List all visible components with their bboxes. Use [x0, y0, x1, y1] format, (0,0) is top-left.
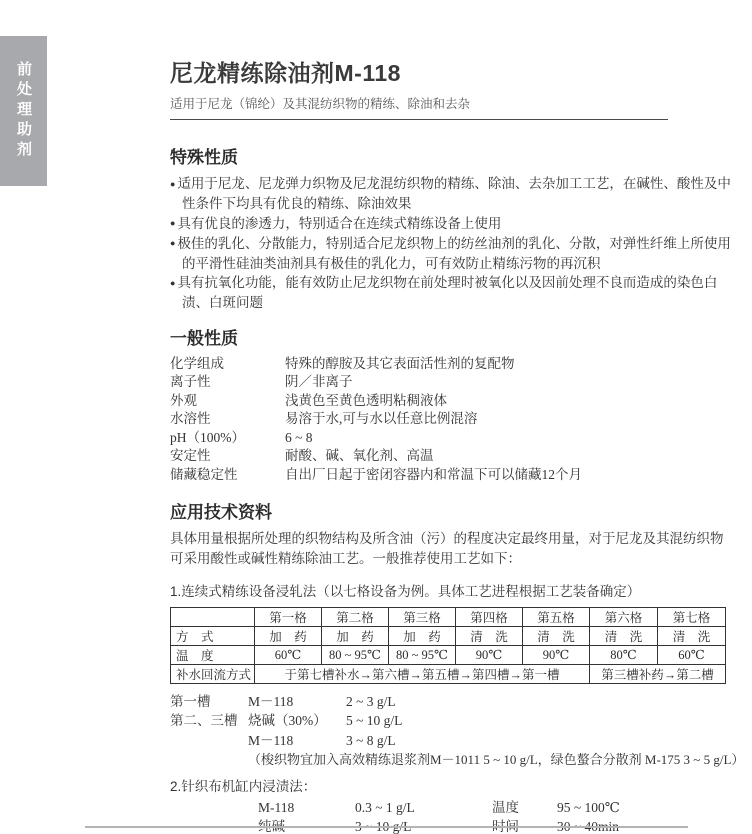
table-header-cell: 第一格: [255, 607, 322, 626]
table-header-cell: 第六格: [590, 607, 658, 626]
dosage-tank: 第一槽: [170, 692, 248, 712]
property-value: 浅黄色至黄色透明粘稠液体: [285, 392, 732, 411]
bullet-item: ●极佳的乳化、分散能力，特别适合尼龙织物上的纺丝油剂的乳化、分散，对弹性纤维上所…: [170, 234, 732, 274]
dosage-chemical: M－118: [248, 731, 346, 751]
bullet-text: 具有抗氧化功能，能有效防止尼龙织物在前处理时被氧化以及因前处理不良而造成的染色白…: [177, 275, 717, 310]
property-row: 离子性阴／非离子: [170, 373, 732, 392]
table-cell: 清 洗: [456, 626, 523, 645]
method1-title: 1.连续式精练设备浸轧法（以七格设备为例。具体工艺进程根据工艺装备确定）: [170, 583, 732, 600]
method2-value: 95 ~ 100℃: [557, 798, 732, 818]
property-label: 离子性: [170, 373, 285, 392]
dosage-tank: 第二、三槽: [170, 711, 248, 731]
table-row-mode: 方 式 加 药 加 药 加 药 清 洗 清 洗 清 洗 清 洗: [171, 626, 726, 645]
property-value: 自出厂日起于密闭容器内和常温下可以储藏12个月: [285, 466, 732, 485]
bullet-text: 具有优良的渗透力，特别适合在连续式精练设备上使用: [177, 216, 501, 231]
dosage-chemical: 烧碱（30%）: [248, 711, 346, 731]
document-page: 前处理助剂 尼龙精练除油剂M-118 适用于尼龙（锦纶）及其混纺织物的精练、除油…: [0, 0, 752, 834]
property-label: 水溶性: [170, 410, 285, 429]
property-label: 化学组成: [170, 355, 285, 374]
bullet-item: ●具有优良的渗透力，特别适合在连续式精练设备上使用: [170, 214, 732, 234]
section-heading-special: 特殊性质: [170, 147, 732, 169]
dosage-tank: [170, 731, 248, 751]
dosage-amount: 5 ~ 10 g/L: [346, 711, 732, 731]
dosage-amount: 2 ~ 3 g/L: [346, 692, 732, 712]
table-cell: 清 洗: [523, 626, 590, 645]
table-cell: 加 药: [389, 626, 456, 645]
bullet-item: ●具有抗氧化功能，能有效防止尼龙织物在前处理时被氧化以及因前处理不良而造成的染色…: [170, 273, 732, 313]
method2-chemical: M-118: [258, 798, 355, 818]
bullet-text: 极佳的乳化、分散能力，特别适合尼龙织物上的纺丝油剂的乳化、分散，对弹性纤维上所使…: [177, 236, 731, 271]
table-cell: 加 药: [322, 626, 389, 645]
bullet-text: 适用于尼龙、尼龙弹力织物及尼龙混纺织物的精练、除油、去杂加工工艺，在碱性、酸性及…: [177, 176, 731, 211]
property-row: 外观浅黄色至黄色透明粘稠液体: [170, 392, 732, 411]
property-value: 6 ~ 8: [285, 429, 732, 448]
property-row: pH（100%）6 ~ 8: [170, 429, 732, 448]
title-rule: [170, 119, 668, 120]
table-cell: 60℃: [658, 645, 726, 664]
reflux-left-cell: 于第七槽补水→第六槽→第五槽→第四槽→第一槽: [255, 664, 590, 683]
dosage-note: （梭织物宜加入高效精练退浆剂M－1011 5 ~ 10 g/L，绿色螯合分散剂 …: [248, 750, 732, 770]
table-header-row: 第一格 第二格 第三格 第四格 第五格 第六格 第七格: [171, 607, 726, 626]
table-cell: 60℃: [255, 645, 322, 664]
table-cell: 加 药: [255, 626, 322, 645]
table-cell: 90℃: [523, 645, 590, 664]
sidebar-tab: 前处理助剂: [0, 36, 47, 186]
general-properties: 化学组成特殊的醇胺及其它表面活性剂的复配物 离子性阴／非离子 外观浅黄色至黄色透…: [170, 355, 732, 485]
property-label: 外观: [170, 392, 285, 411]
dosage-amount: 3 ~ 8 g/L: [346, 731, 732, 751]
property-label: pH（100%）: [170, 429, 285, 448]
table-cell: 80℃: [590, 645, 658, 664]
table-corner-cell: [171, 607, 255, 626]
section-heading-general: 一般性质: [170, 328, 732, 350]
method2-amount: 0.3 ~ 1 g/L: [355, 798, 492, 818]
product-title: 尼龙精练除油剂M-118: [170, 58, 732, 88]
property-label: 安定性: [170, 447, 285, 466]
property-row: 水溶性易溶于水,可与水以任意比例混溶: [170, 410, 732, 429]
table-header-cell: 第七格: [658, 607, 726, 626]
table-header-cell: 第五格: [523, 607, 590, 626]
product-subtitle: 适用于尼龙（锦纶）及其混纺织物的精练、除油和去杂: [170, 96, 732, 112]
bullet-item: ●适用于尼龙、尼龙弹力织物及尼龙混纺织物的精练、除油、去杂加工工艺，在碱性、酸性…: [170, 174, 732, 214]
property-row: 安定性耐酸、碱、氧化剂、高温: [170, 447, 732, 466]
property-value: 特殊的醇胺及其它表面活性剂的复配物: [285, 355, 732, 374]
table-header-cell: 第二格: [322, 607, 389, 626]
property-value: 易溶于水,可与水以任意比例混溶: [285, 410, 732, 429]
page-content: 尼龙精练除油剂M-118 适用于尼龙（锦纶）及其混纺织物的精练、除油和去杂 特殊…: [170, 58, 732, 834]
property-label: 储藏稳定性: [170, 466, 285, 485]
dosage-chemical: M－118: [248, 692, 346, 712]
process-table: 第一格 第二格 第三格 第四格 第五格 第六格 第七格 方 式 加 药 加 药 …: [170, 607, 726, 684]
reflux-right-cell: 第三槽补药→第二槽: [590, 664, 726, 683]
bottom-rule: [85, 826, 688, 828]
special-bullet-list: ●适用于尼龙、尼龙弹力织物及尼龙混纺织物的精练、除油、去杂加工工艺，在碱性、酸性…: [170, 174, 732, 313]
table-cell: 80 ~ 95℃: [389, 645, 456, 664]
table-cell: 清 洗: [590, 626, 658, 645]
dosage-row: M－1183 ~ 8 g/L: [170, 731, 732, 751]
method2-list: M-1180.3 ~ 1 g/L温度95 ~ 100℃ 纯碱3 ~ 10 g/L…: [170, 798, 732, 834]
application-intro: 具体用量根据所处理的织物结构及所含油（污）的程度决定最终用量，对于尼龙及其混纺织…: [170, 529, 732, 569]
dosage-list: 第一槽M－1182 ~ 3 g/L 第二、三槽烧碱（30%）5 ~ 10 g/L…: [170, 692, 732, 770]
method2-row: M-1180.3 ~ 1 g/L温度95 ~ 100℃: [170, 798, 732, 818]
table-row-reflux: 补水回流方式 于第七槽补水→第六槽→第五槽→第四槽→第一槽 第三槽补药→第二槽: [171, 664, 726, 683]
property-value: 耐酸、碱、氧化剂、高温: [285, 447, 732, 466]
dosage-row: 第一槽M－1182 ~ 3 g/L: [170, 692, 732, 712]
table-row-label: 温 度: [171, 645, 255, 664]
property-row: 储藏稳定性自出厂日起于密闭容器内和常温下可以储藏12个月: [170, 466, 732, 485]
table-row-label: 方 式: [171, 626, 255, 645]
property-row: 化学组成特殊的醇胺及其它表面活性剂的复配物: [170, 355, 732, 374]
table-row-label: 补水回流方式: [171, 664, 255, 683]
method2-param: 温度: [492, 798, 557, 818]
section-heading-application: 应用技术资料: [170, 502, 732, 524]
table-cell: 80 ~ 95℃: [322, 645, 389, 664]
dosage-row: 第二、三槽烧碱（30%）5 ~ 10 g/L: [170, 711, 732, 731]
table-header-cell: 第四格: [456, 607, 523, 626]
property-value: 阴／非离子: [285, 373, 732, 392]
table-row-temp: 温 度 60℃ 80 ~ 95℃ 80 ~ 95℃ 90℃ 90℃ 80℃ 60…: [171, 645, 726, 664]
table-cell: 清 洗: [658, 626, 726, 645]
sidebar-tab-label: 前处理助剂: [13, 61, 34, 161]
table-header-cell: 第三格: [389, 607, 456, 626]
method2-title: 2.针织布机缸内浸渍法：: [170, 778, 732, 795]
table-cell: 90℃: [456, 645, 523, 664]
